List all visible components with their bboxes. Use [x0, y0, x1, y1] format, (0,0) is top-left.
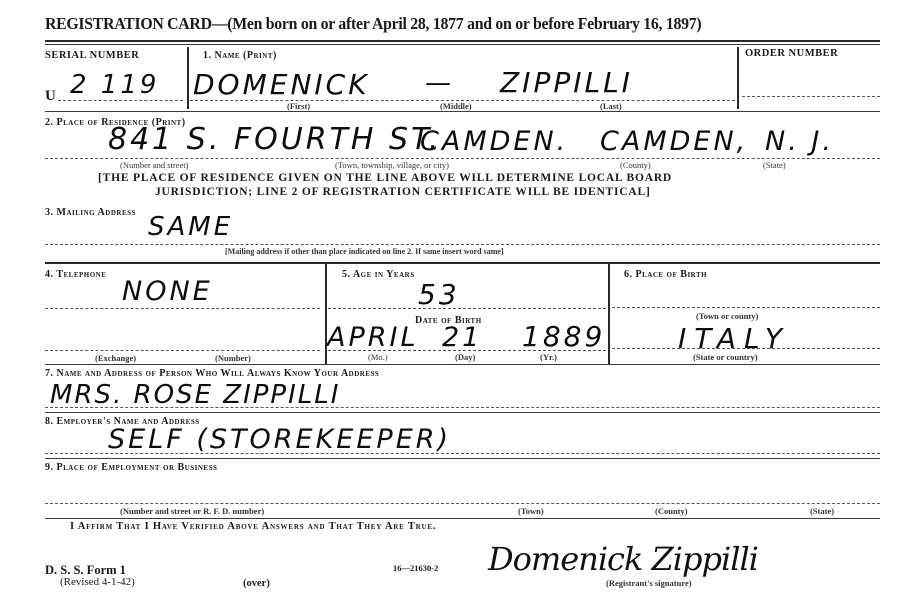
birthplace-country-value: ITALY	[678, 322, 790, 355]
state-caption: (State)	[763, 160, 786, 170]
order-number-label: ORDER NUMBER	[745, 48, 838, 59]
employer-underline	[45, 453, 880, 454]
residence-street-value: 841 S. FOURTH ST.	[108, 122, 441, 157]
street-caption: (Number and street)	[120, 160, 188, 170]
middle-caption: (Middle)	[440, 101, 472, 111]
residence-town-value: CAMDEN.	[420, 126, 568, 157]
last-caption: (Last)	[600, 101, 622, 111]
divider	[45, 412, 880, 413]
age-value: 53	[418, 278, 460, 311]
print-code: 16—21630-2	[393, 563, 438, 573]
mailing-caption: [Mailing address if other than place ind…	[225, 247, 504, 256]
birthplace-country-caption: (State or country)	[693, 352, 758, 362]
last-name-value: ZIPPILLI	[500, 66, 633, 99]
telephone-underline	[45, 308, 320, 309]
age-underline	[328, 308, 606, 309]
mailing-address-label: 3. Mailing Address	[45, 207, 136, 218]
form-revised: (Revised 4-1-42)	[60, 576, 135, 588]
divider	[45, 364, 880, 365]
telephone-underline-2	[45, 350, 320, 351]
divider	[187, 47, 189, 109]
age-label: 5. Age in Years	[342, 269, 415, 280]
dob-month-value: APRIL	[327, 322, 419, 353]
first-name-value: DOMENICK	[193, 68, 370, 101]
day-caption: (Day)	[455, 352, 475, 362]
over-note: (over)	[243, 578, 270, 589]
serial-number-value: 2 119	[70, 70, 159, 100]
signature-caption: (Registrant's signature)	[606, 578, 692, 588]
order-underline	[742, 96, 880, 97]
mailing-address-value: SAME	[148, 212, 233, 242]
contact-person-value: MRS. ROSE ZIPPILLI	[50, 380, 340, 410]
employment-street-caption: (Number and street or R. F. D. number)	[120, 506, 264, 516]
employer-value: SELF (STOREKEEPER)	[108, 424, 451, 455]
year-caption: (Yr.)	[540, 352, 557, 362]
jurisdiction-notice-line2: JURISDICTION; LINE 2 OF REGISTRATION CER…	[155, 186, 651, 198]
mailing-underline	[45, 244, 880, 245]
name-label: 1. Name (Print)	[203, 50, 277, 61]
serial-number-label: SERIAL NUMBER	[45, 50, 139, 61]
birthplace-town-caption: (Town or county)	[696, 311, 758, 321]
town-caption: (Town, township, village, or city)	[335, 160, 449, 170]
county-caption: (County)	[620, 160, 651, 170]
birthplace-label: 6. Place of Birth	[624, 269, 707, 280]
affirmation-text: I Affirm That I Have Verified Above Answ…	[70, 521, 436, 532]
dob-year-value: 1889	[522, 320, 605, 353]
serial-underline	[58, 100, 183, 101]
divider	[45, 262, 880, 264]
telephone-label: 4. Telephone	[45, 269, 106, 280]
birthplace-town-underline	[612, 307, 880, 308]
employment-town-caption: (Town)	[518, 506, 544, 516]
employment-place-label: 9. Place of Employment or Business	[45, 462, 217, 473]
card-title: REGISTRATION CARD—(Men born on or after …	[45, 14, 701, 34]
divider	[608, 264, 610, 364]
divider	[45, 458, 880, 459]
contact-underline	[45, 407, 880, 408]
residence-underline	[45, 158, 880, 159]
exchange-caption: (Exchange)	[95, 353, 136, 363]
number-caption: (Number)	[215, 353, 251, 363]
serial-prefix: U	[45, 88, 56, 105]
month-caption: (Mo.)	[368, 352, 388, 362]
divider	[737, 47, 739, 109]
divider	[45, 44, 880, 45]
divider	[45, 111, 880, 112]
contact-person-label: 7. Name and Address of Person Who Will A…	[45, 368, 379, 379]
employment-county-caption: (County)	[655, 506, 688, 516]
registrant-signature: Domenick Zippilli	[488, 540, 758, 578]
employment-underline	[45, 503, 880, 504]
telephone-value: NONE	[122, 276, 213, 307]
divider	[45, 518, 880, 519]
middle-name-value: —	[425, 68, 454, 98]
dob-day-value: 21	[442, 322, 482, 353]
jurisdiction-notice-line1: [THE PLACE OF RESIDENCE GIVEN ON THE LIN…	[98, 172, 672, 184]
dob-underline	[328, 350, 606, 351]
first-caption: (First)	[287, 101, 310, 111]
residence-state-value: N. J.	[765, 126, 834, 157]
residence-county-value: CAMDEN,	[600, 126, 748, 157]
divider	[45, 40, 880, 42]
employment-state-caption: (State)	[810, 506, 834, 516]
birthplace-country-underline	[612, 348, 880, 349]
